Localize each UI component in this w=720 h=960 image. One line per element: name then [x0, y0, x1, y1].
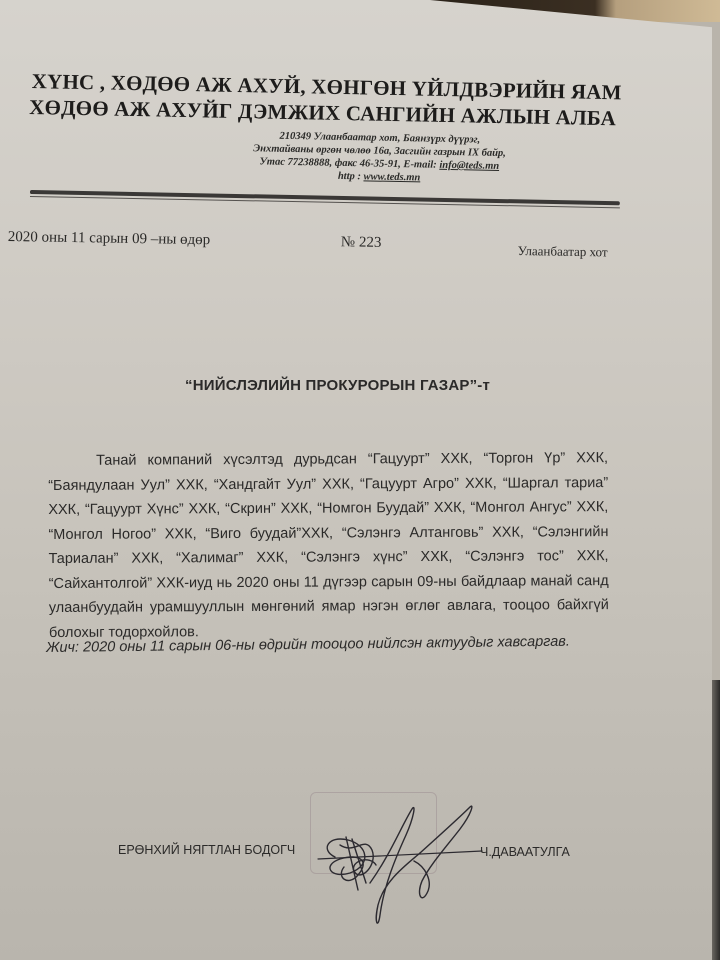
website-link[interactable]: www.teds.mn	[363, 171, 420, 183]
contact-phone-fax: Утас 77238888, факс 46-35-91, E-mail:	[259, 156, 439, 170]
letterhead-address: 210349 Улаанбаатар хот, Баянзүрх дүүрэг,…	[189, 128, 570, 187]
website-label: http :	[338, 171, 364, 182]
letter-date: 2020 оны 11 сарын 09 –ны өдөр	[8, 229, 211, 249]
letter-city: Улаанбаатар хот	[518, 243, 608, 260]
email-link[interactable]: info@teds.mn	[439, 160, 499, 172]
signatory-title: ЕРӨНХИЙ НЯГТЛАН БОДОГЧ	[118, 843, 295, 857]
letterhead: ХҮНС , ХӨДӨӨ АЖ АХУЙ, ХӨНГӨН ҮЙЛДВЭРИЙН …	[29, 68, 610, 131]
signatory-name: Ч.ДАВААТУЛГА	[480, 845, 570, 859]
signature-icon	[310, 795, 490, 935]
recipient: “НИЙСЛЭЛИЙН ПРОКУРОРЫН ГАЗАР”-т	[185, 377, 490, 394]
letter-number: № 223	[341, 234, 382, 252]
letter-body: Танай компаний хүсэлтэд дурьдсан “Гацуур…	[48, 446, 609, 645]
paper-edge-shadow	[712, 680, 720, 960]
